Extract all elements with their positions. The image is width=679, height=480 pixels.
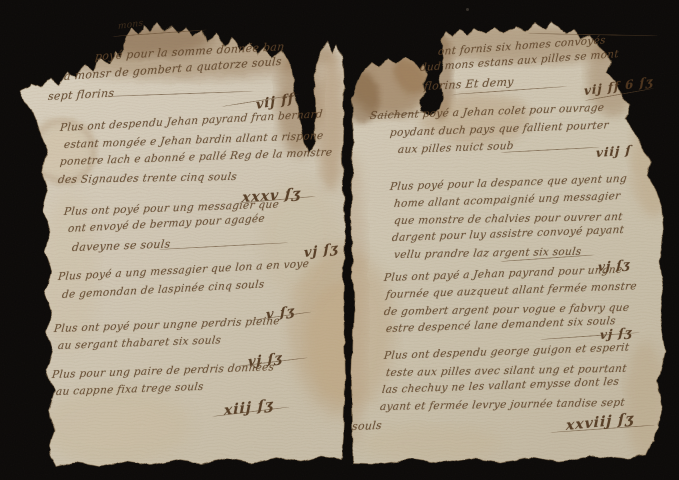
manuscript-line: Plus poyé pour la despance que ayent ung: [389, 173, 627, 193]
manuscript-line: fournée que auzqueut allant fermée monst…: [385, 280, 637, 301]
manuscript-line: sept florins: [47, 86, 114, 103]
manuscript-line: daveyne se souls: [71, 238, 171, 254]
manuscript-line: estre despencé lane demandent six souls: [385, 315, 616, 335]
manuscript-line: ayant et fermée levrye journée tandise s…: [379, 397, 625, 413]
manuscript-line: Plus ont poyé pour ungne perdris pleine: [53, 315, 280, 335]
manuscript-line: home allant acompaignié ung messagier: [393, 190, 621, 210]
manuscript-line: aux pilles nuict soub: [397, 140, 514, 156]
manuscript-line: souls: [351, 419, 382, 433]
amount-notation: xiij ſʒ: [224, 397, 274, 419]
manuscript-scan: mons poyé pour la somme donnée ban a mon…: [0, 0, 679, 480]
manuscript-line: mons: [118, 18, 143, 32]
manuscript-line: poydant duch pays que fallient pourter: [389, 119, 609, 139]
manuscript-line: Plus pour ung paire de perdris données: [51, 361, 275, 381]
manuscript-line: Plus ont despendu george guigon et esper…: [383, 341, 630, 362]
amount-notation: viij ſ: [596, 143, 632, 160]
manuscript-line: dargent pour luy assistre convoyé payant: [391, 224, 624, 244]
manuscript-line: las chechuy ne les vallant emysse dont l…: [381, 376, 619, 396]
manuscript-line: au sergant thabaret six souls: [57, 334, 221, 352]
manuscript-line: Saichent poyé a Jehan colet pour ouvrage: [369, 102, 605, 122]
manuscript-line: au cappne fixa trege souls: [55, 381, 204, 398]
ink-flourish: [104, 91, 254, 97]
manuscript-line: de gemondan de laspinée cinq souls: [61, 278, 264, 301]
manuscript-line: vellu prandre laz argent six souls: [393, 246, 582, 261]
manuscript-line: Plus ont despendu Jehan payrand fran ber…: [59, 108, 323, 134]
manuscript-line: des Signaudes trente cinq souls: [57, 171, 237, 186]
ink-flourish: [158, 242, 288, 250]
manuscript-line: Plus poyé a ung messagier que lon a en v…: [57, 258, 309, 283]
handwriting-layer: mons poyé pour la somme donnée ban a mon…: [0, 0, 679, 480]
ink-flourish: [500, 147, 600, 153]
